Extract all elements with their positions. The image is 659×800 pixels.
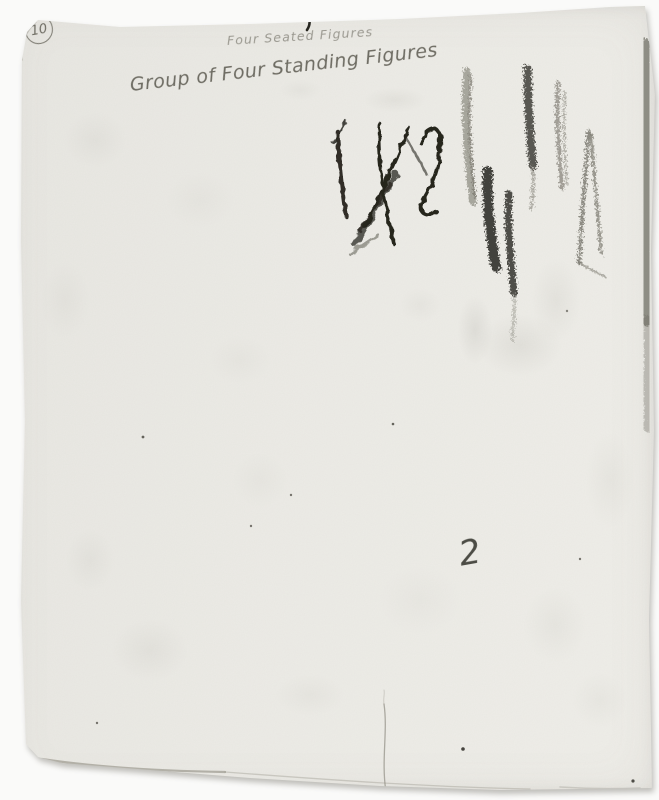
page-number-circled: 10 <box>23 14 55 46</box>
ink-specks <box>96 16 635 783</box>
page-number-label: 10 <box>30 21 49 39</box>
paper-smudge-mottling <box>0 0 659 800</box>
page-edge-smear <box>645 45 648 428</box>
photograph-backdrop: 10 Four Seated Figures Group of Four Sta… <box>0 0 659 800</box>
squiggle-mark: 2 <box>456 531 484 574</box>
inscription-main-title: Group of Four Standing Figures <box>129 39 439 96</box>
charcoal-marks-layer <box>0 0 659 800</box>
inscription-faint-title: Four Seated Figures <box>227 24 374 48</box>
bottom-edge-shadow <box>22 22 640 789</box>
central-charcoal-scribble <box>333 121 440 254</box>
paper-crack <box>384 690 386 792</box>
paper-grain-texture <box>0 0 659 800</box>
sketchbook-page: 10 Four Seated Figures Group of Four Sta… <box>0 0 659 800</box>
vertical-charcoal-strokes <box>466 69 605 340</box>
paper-shadow-wrap: 10 Four Seated Figures Group of Four Sta… <box>0 0 659 800</box>
